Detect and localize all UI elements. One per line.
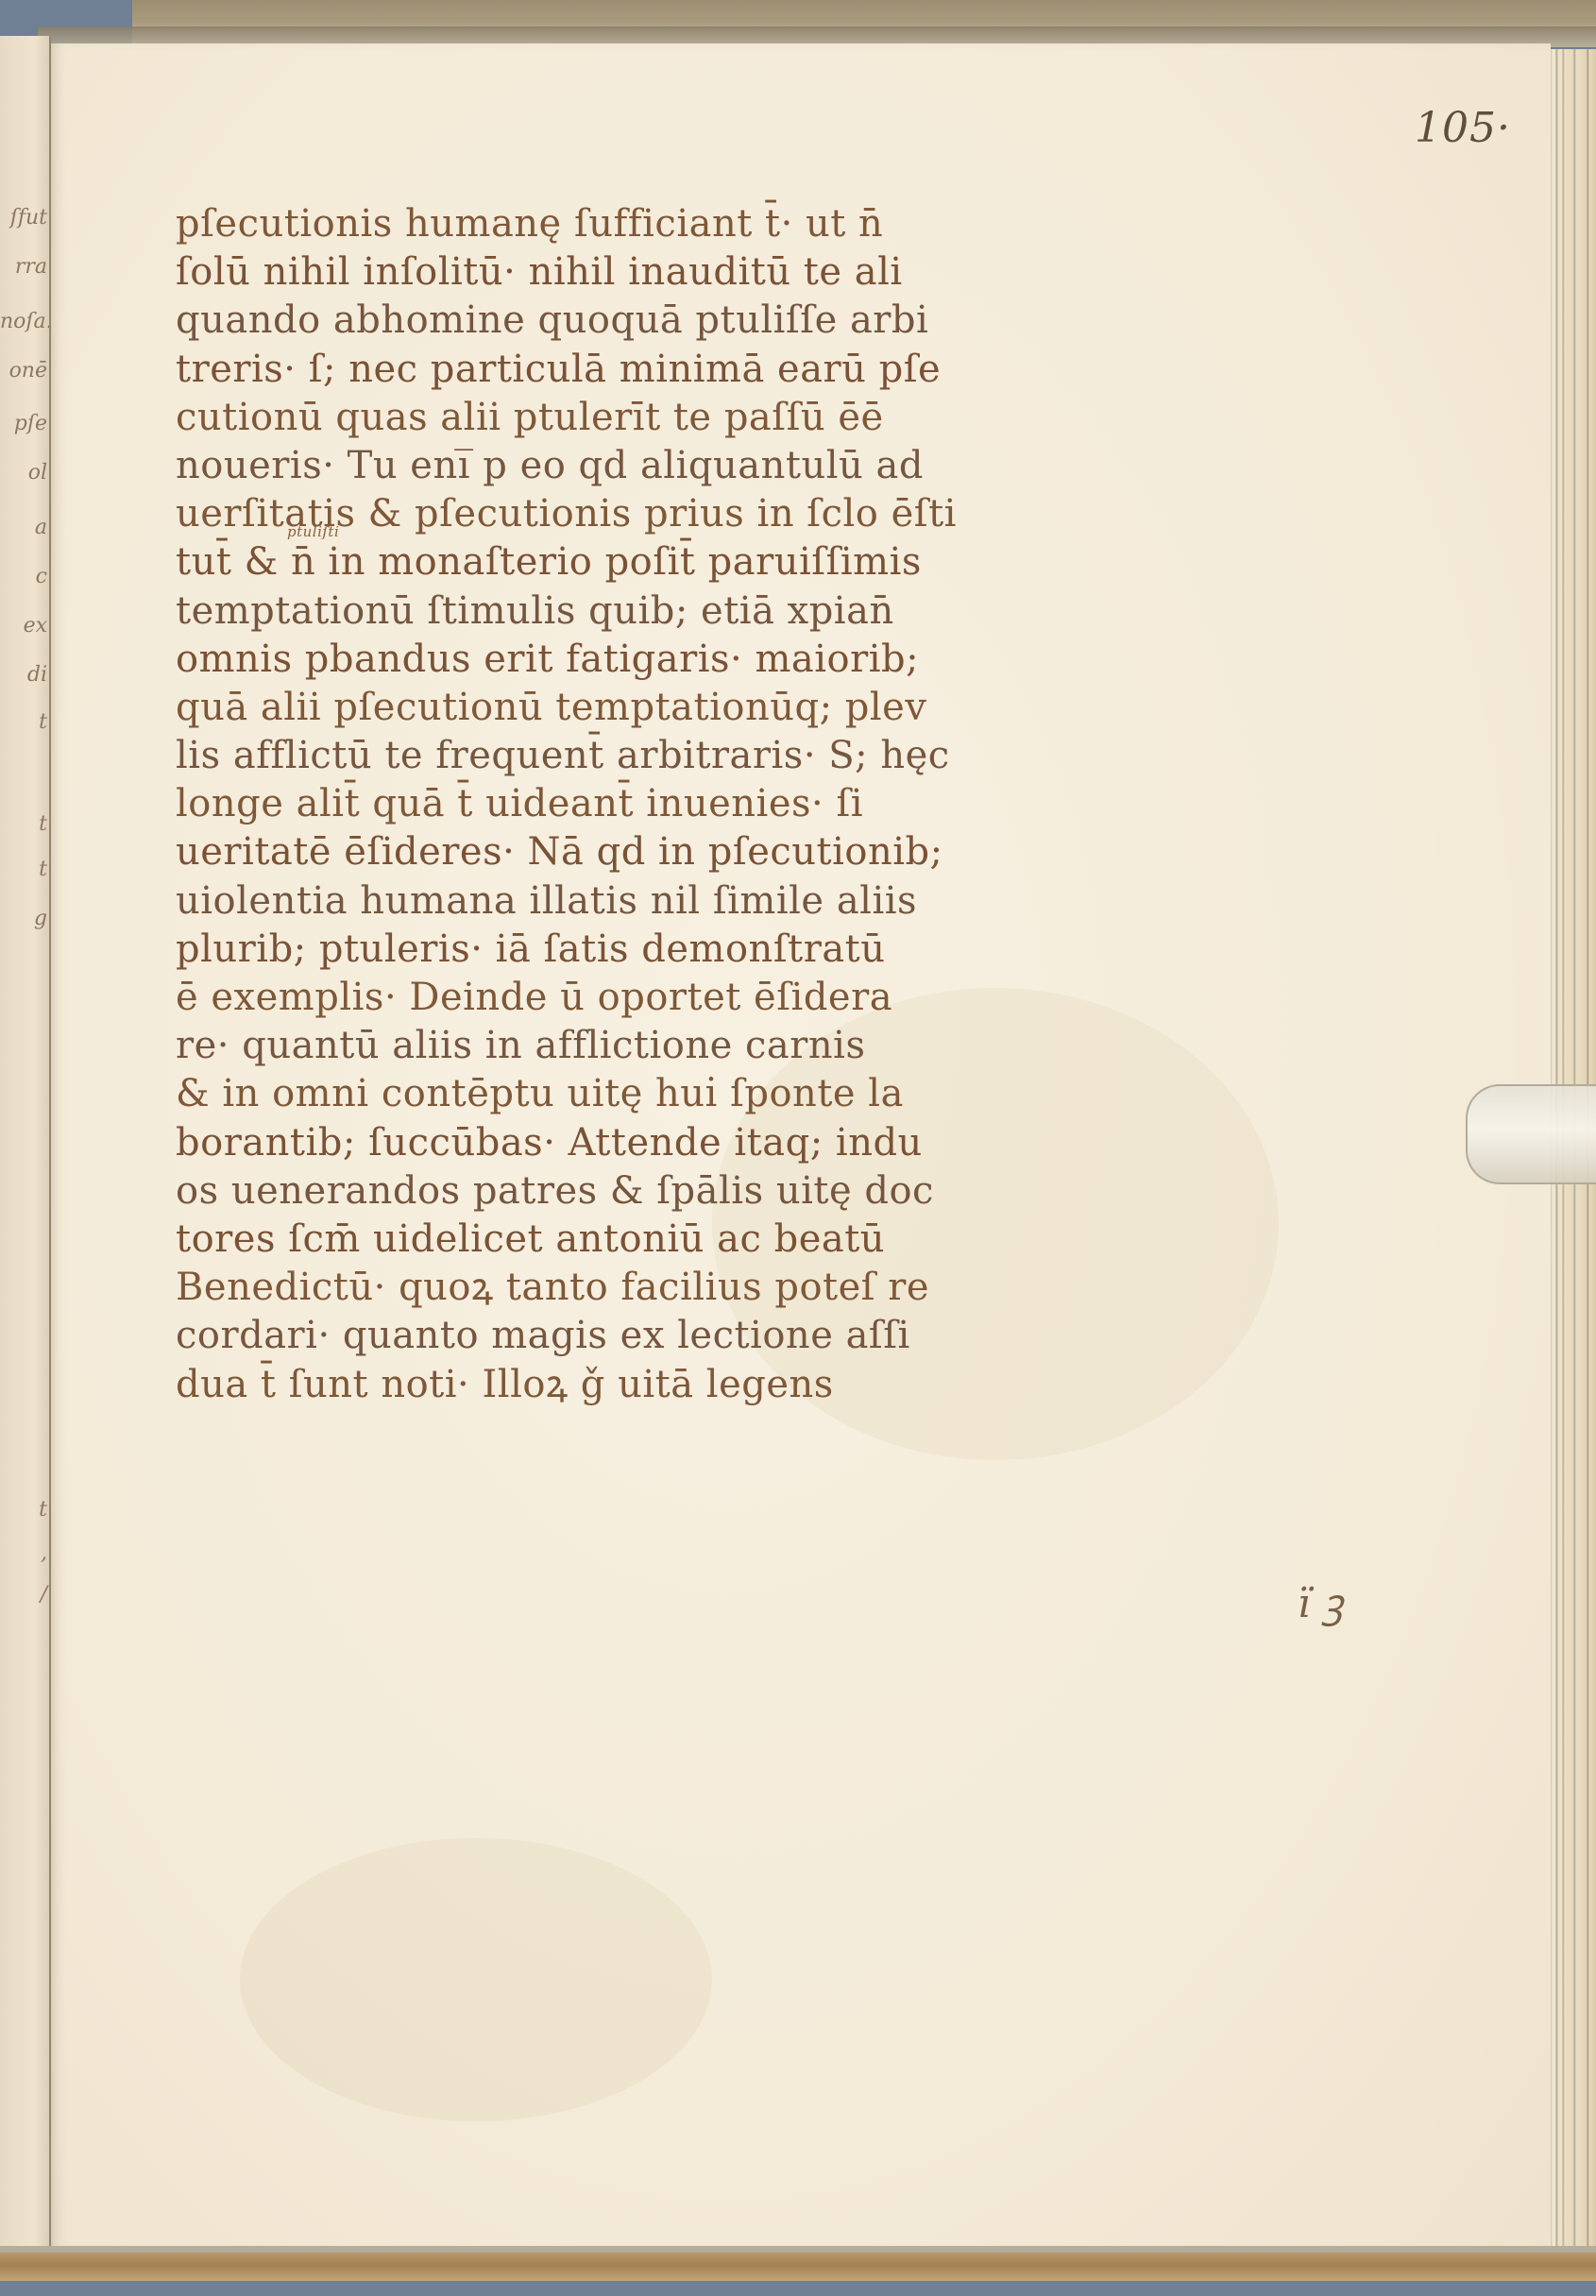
facing-page-fragment: di	[0, 663, 47, 687]
folio-number-dot: ·	[1497, 104, 1511, 152]
text-line: os uenerandos patres & ſpālis uitę doc	[176, 1167, 1271, 1216]
text-line-with-gloss: ptuliſti tut̄ & n̄ in monaſterio poſit̄ …	[176, 538, 1271, 587]
facing-page-fragment: t	[0, 858, 47, 881]
text-line: ueritatē ēſideres· Nā qd in pſecutionib;	[176, 828, 1271, 876]
interlinear-gloss: ptuliſti	[287, 525, 339, 539]
text-line: noueris· Tu eni̅ p eo qd aliquantulū ad	[176, 442, 1271, 490]
facing-page-fragment: /	[0, 1583, 47, 1607]
facing-page-fragment: onē	[0, 359, 47, 383]
text-line: quando abhomine quoquā ptuliſſe arbi	[176, 297, 1271, 345]
facing-page-fragment: c	[0, 565, 47, 588]
text-line: re· quantū aliis in afflictione carnis	[176, 1022, 1271, 1070]
text-line: tores ſcm̄ uidelicet antoniū ac beatū	[176, 1216, 1271, 1264]
facing-page-fragment: rra	[0, 255, 47, 279]
text-line: plurib; ptuleris· iā ſatis demonſtratū	[176, 926, 1271, 974]
facing-page-fragment: t	[0, 812, 47, 836]
text-line: quā alii pſecutionū temptationūq; plev	[176, 684, 1271, 732]
facing-page-fragment: a	[0, 516, 47, 539]
text-line: uerſitatis & pſecutionis prius in ſclo ē…	[176, 490, 1271, 538]
book-binding-bottom	[0, 2253, 1596, 2281]
text-line: pſecutionis humanę ſufficiant t̄· ut n̄	[176, 200, 1271, 248]
text-line: ē exemplis· Deinde ū oportet ēſidera	[176, 974, 1271, 1022]
parchment-stain	[240, 1838, 712, 2121]
facing-page-edge: ſfut rra noſa. onē pſe ol a c ex di t t …	[0, 36, 51, 2255]
text-line: omnis pbandus erit fatigaris· maiorib;	[176, 636, 1271, 684]
facing-page-fragment: t	[0, 710, 47, 734]
facing-page-fragment: ol	[0, 461, 47, 485]
facing-page-fragment: t	[0, 1498, 47, 1522]
clasp-tab	[1466, 1084, 1596, 1184]
folio-number: 105·	[1415, 104, 1511, 152]
text-line: treris· ſ; nec particulā minimā earū pſe	[176, 346, 1271, 394]
text-line: lis afflictū te frequent̄ arbitraris· S;…	[176, 732, 1271, 780]
text-line: longe alit̄ quā t̄ uideant̄ inuenies· ſi	[176, 780, 1271, 828]
marginal-mark: ï ꝫ	[1298, 1575, 1343, 1629]
facing-page-fragment: ſfut	[0, 206, 47, 230]
facing-page-fragment: pſe	[0, 412, 47, 435]
folio-number-text: 105	[1415, 104, 1497, 152]
facing-page-fragment: ex	[0, 614, 47, 638]
text-line: & in omni contēptu uitę hui̇ ſponte la	[176, 1070, 1271, 1118]
facing-page-fragment: g	[0, 907, 47, 930]
text-line: cutionū quas alii ptulerīt te paſſū ēē	[176, 394, 1271, 442]
facing-page-fragment: ,	[0, 1541, 47, 1565]
text-line: Benedictū· quoꝝ tanto facilius poteſ re	[176, 1264, 1271, 1312]
facing-page-fragment: noſa.	[0, 310, 47, 333]
main-text-block: pſecutionis humanę ſufficiant t̄· ut n̄ …	[176, 200, 1271, 1409]
text-line: temptationū ſtimulis quib; etiā xpian̄	[176, 587, 1271, 636]
text-line: borantib; ſuccūbas· Attende itaq; indu	[176, 1119, 1271, 1167]
text-line: tut̄ & n̄ in monaſterio poſit̄ paruiſſim…	[176, 540, 922, 584]
text-line: dua t̄ ſunt noti· Illoꝝ ǧ uitā legens	[176, 1361, 1271, 1409]
text-line: ſolū nihil inſolitū· nihil inauditū te a…	[176, 248, 1271, 297]
text-line: uiolentia humana illatis nil ſimile alii…	[176, 877, 1271, 926]
text-line: cordari· quanto magis ex lectione aſſi	[176, 1312, 1271, 1360]
